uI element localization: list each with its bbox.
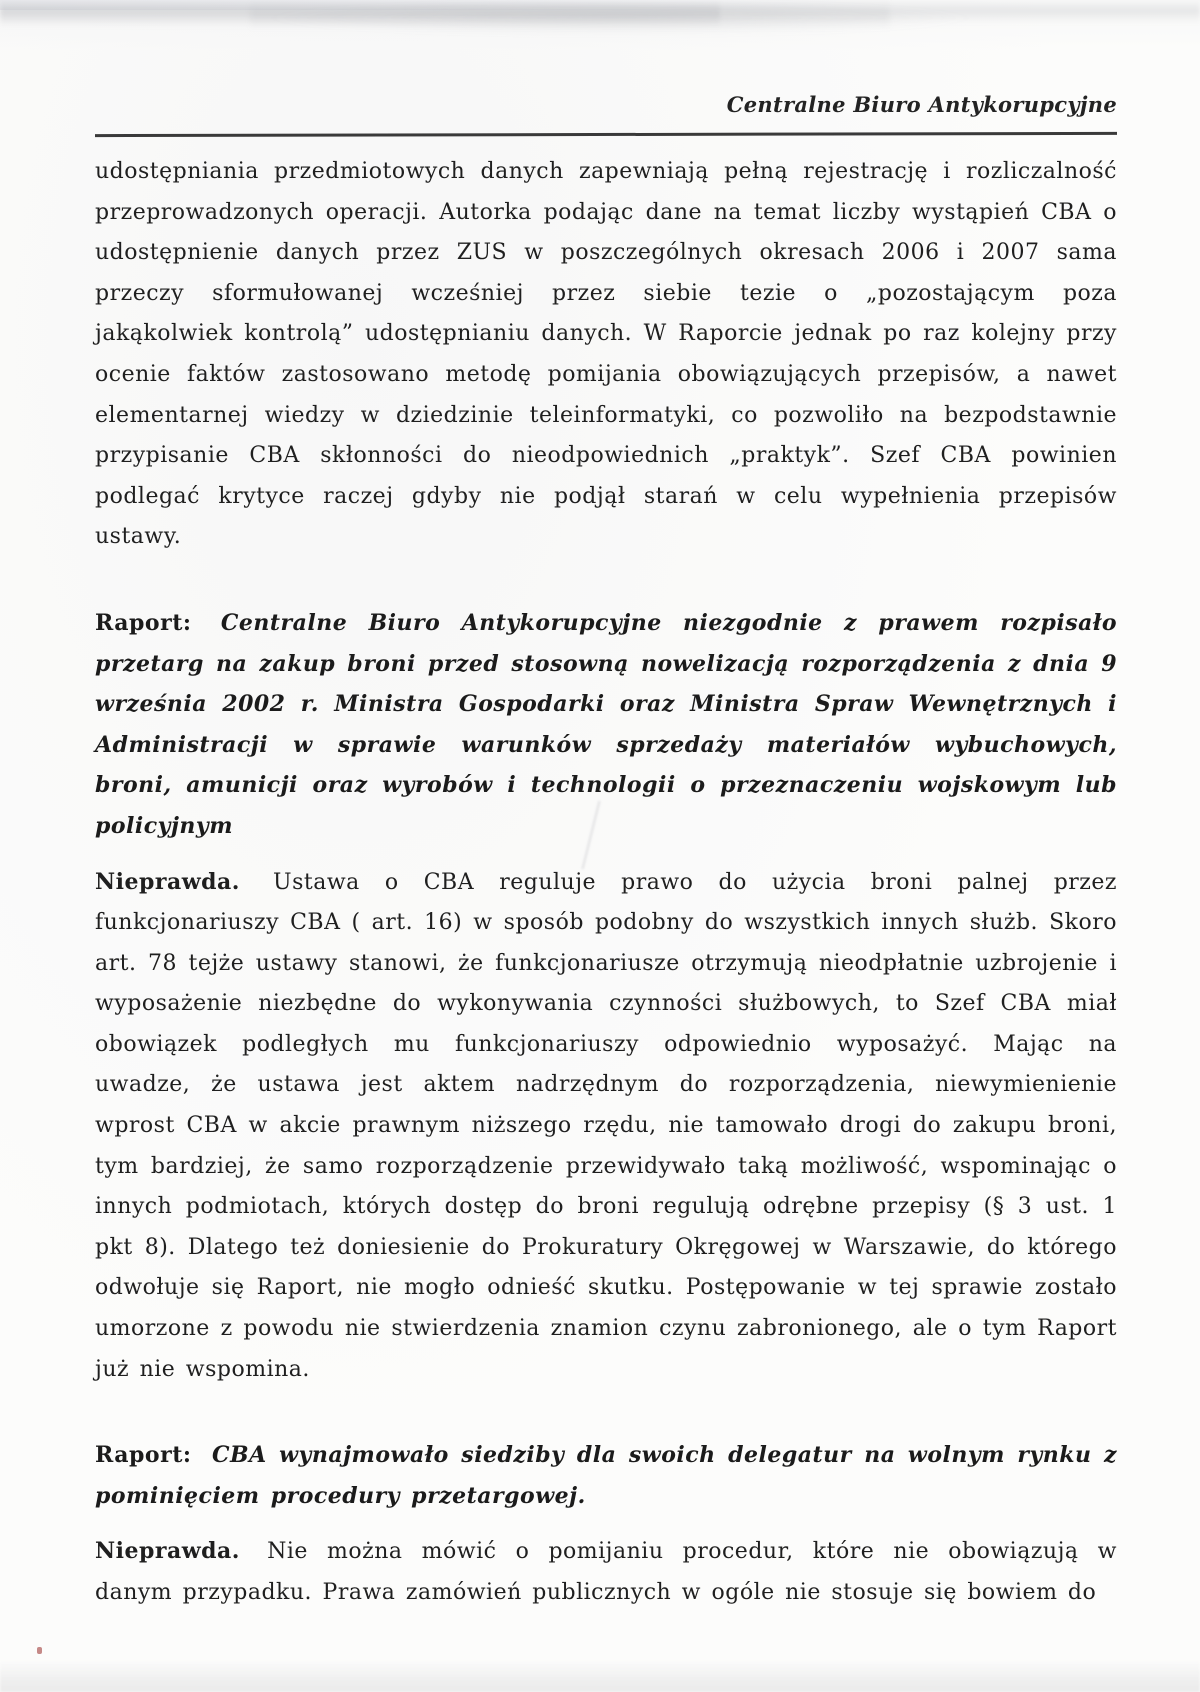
paragraph-text: Ustawa o CBA reguluje prawo do użycia br… [95,870,1117,1382]
paragraph-raport: Raport: Centralne Biuro Antykorupcyjne n… [95,603,1117,847]
document-header-title: Centralne Biuro Antykorupcyjne [95,93,1117,117]
document-content: Centralne Biuro Antykorupcyjne udostępni… [95,0,1117,1614]
paragraph-text: udostępniania przedmiotowych danych zape… [95,159,1117,549]
paragraph-lead: Raport: [95,1442,199,1468]
document-body: udostępniania przedmiotowych danych zape… [95,152,1117,1614]
paragraph-body: udostępniania przedmiotowych danych zape… [95,152,1117,558]
paragraph-text: Centralne Biuro Antykorupcyjne niezgodni… [95,610,1117,839]
scan-bottom-shadow [0,1660,1200,1692]
paragraph-nieprawda: Nieprawda. Ustawa o CBA reguluje prawo d… [95,862,1117,1391]
paragraph-nieprawda: Nieprawda. Nie można mówić o pomijaniu p… [95,1531,1117,1613]
scanned-document-page: Centralne Biuro Antykorupcyjne udostępni… [0,0,1200,1692]
paragraph-lead: Raport: [95,610,199,636]
paragraph-lead: Nieprawda. [95,1538,248,1564]
paragraph-text: Nie można mówić o pomijaniu procedur, kt… [95,1539,1117,1605]
scan-red-speck [37,1647,42,1654]
paragraph-lead: Nieprawda. [95,869,248,895]
header-rule [95,132,1117,137]
paragraph-text: CBA wynajmowało siedziby dla swoich dele… [95,1442,1117,1509]
paragraph-raport: Raport: CBA wynajmowało siedziby dla swo… [95,1435,1117,1516]
